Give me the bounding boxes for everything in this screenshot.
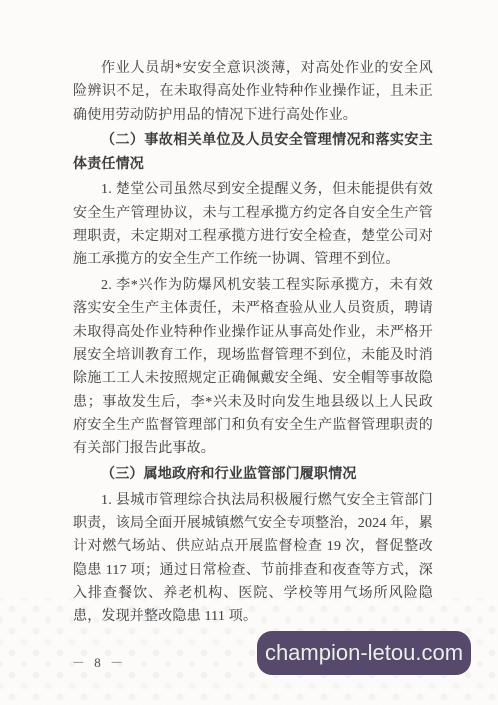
page-number: － 8 － <box>72 652 126 671</box>
paragraph-chutang-company: 1. 楚堂公司虽然尽到安全提醒义务，但未能提供有效安全生产管理协议，未与工程承揽… <box>73 178 433 271</box>
paragraph-li-contractor: 2. 李*兴作为防爆风机安装工程实际承揽方，未有效落实安全生产主体责任，未严格查… <box>73 274 433 460</box>
paragraph-worker-safety-awareness: 作业人员胡*安安全意识淡薄，对高处作业的安全风险辨识不足，在未取得高处作业特种作… <box>73 57 433 127</box>
section-heading-3: （三）属地政府和行业监管部门履职情况 <box>73 463 433 486</box>
paragraph-county-enforcement: 1. 县城市管理综合执法局积极履行燃气安全主管部门职责，该局全面开展城镇燃气安全… <box>73 489 433 629</box>
document-body: 作业人员胡*安安全意识淡薄，对高处作业的安全风险辨识不足，在未取得高处作业特种作… <box>73 57 433 631</box>
watermark-badge: champion-letou.com <box>257 631 471 675</box>
document-page: 作业人员胡*安安全意识淡薄，对高处作业的安全风险辨识不足，在未取得高处作业特种作… <box>0 0 498 705</box>
section-heading-2: （二）事故相关单位及人员安全管理情况和落实安主体责任情况 <box>73 129 433 176</box>
